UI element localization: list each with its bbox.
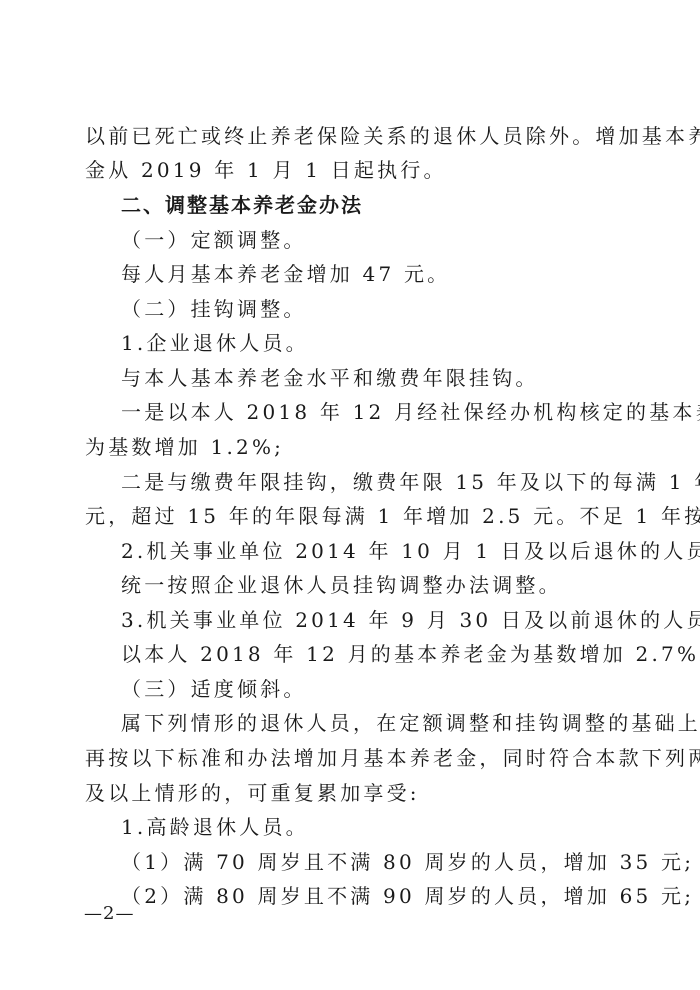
- paragraph-line: 统一按照企业退休人员挂钩调整办法调整。: [121, 572, 661, 598]
- paragraph-line: 为基数增加 1.2%;: [85, 434, 625, 460]
- list-item: （2）满 80 周岁且不满 90 周岁的人员，增加 65 元;: [121, 883, 661, 909]
- paragraph-line: 元，超过 15 年的年限每满 1 年增加 2.5 元。不足 1 年按 1 年计算…: [85, 503, 625, 529]
- paragraph-line: 每人月基本养老金增加 47 元。: [121, 261, 661, 287]
- paragraph-line: 一是以本人 2018 年 12 月经社保经办机构核定的基本养老金: [121, 399, 661, 425]
- paragraph-line: 及以上情形的，可重复累加享受:: [85, 780, 625, 806]
- document-page: 以前已死亡或终止养老保险关系的退休人员除外。增加基本养老 金从 2019 年 1…: [0, 0, 700, 990]
- page-number: —2—: [84, 903, 134, 924]
- subsection-heading: （一）定额调整。: [121, 227, 661, 253]
- list-item: （1）满 70 周岁且不满 80 周岁的人员，增加 35 元;: [121, 849, 661, 875]
- list-item: 2.机关事业单位 2014 年 10 月 1 日及以后退休的人员。: [121, 538, 661, 564]
- paragraph-line: 再按以下标准和办法增加月基本养老金，同时符合本款下列两类: [85, 745, 625, 771]
- section-heading: 二、调整基本养老金办法: [121, 192, 661, 218]
- paragraph-line: 属下列情形的退休人员，在定额调整和挂钩调整的基础上，: [121, 710, 661, 736]
- list-item: 1.高龄退休人员。: [121, 814, 661, 840]
- subsection-heading: （二）挂钩调整。: [121, 296, 661, 322]
- paragraph-line: 以前已死亡或终止养老保险关系的退休人员除外。增加基本养老: [85, 123, 625, 149]
- paragraph-line: 金从 2019 年 1 月 1 日起执行。: [85, 157, 625, 183]
- paragraph-line: 与本人基本养老金水平和缴费年限挂钩。: [121, 365, 661, 391]
- paragraph-line: 以本人 2018 年 12 月的基本养老金为基数增加 2.7%。: [121, 641, 661, 667]
- subsection-heading: （三）适度倾斜。: [121, 676, 661, 702]
- paragraph-line: 二是与缴费年限挂钩，缴费年限 15 年及以下的每满 1 年增加 1: [121, 469, 661, 495]
- list-item: 1.企业退休人员。: [121, 330, 661, 356]
- list-item: 3.机关事业单位 2014 年 9 月 30 日及以前退休的人员。: [121, 607, 661, 633]
